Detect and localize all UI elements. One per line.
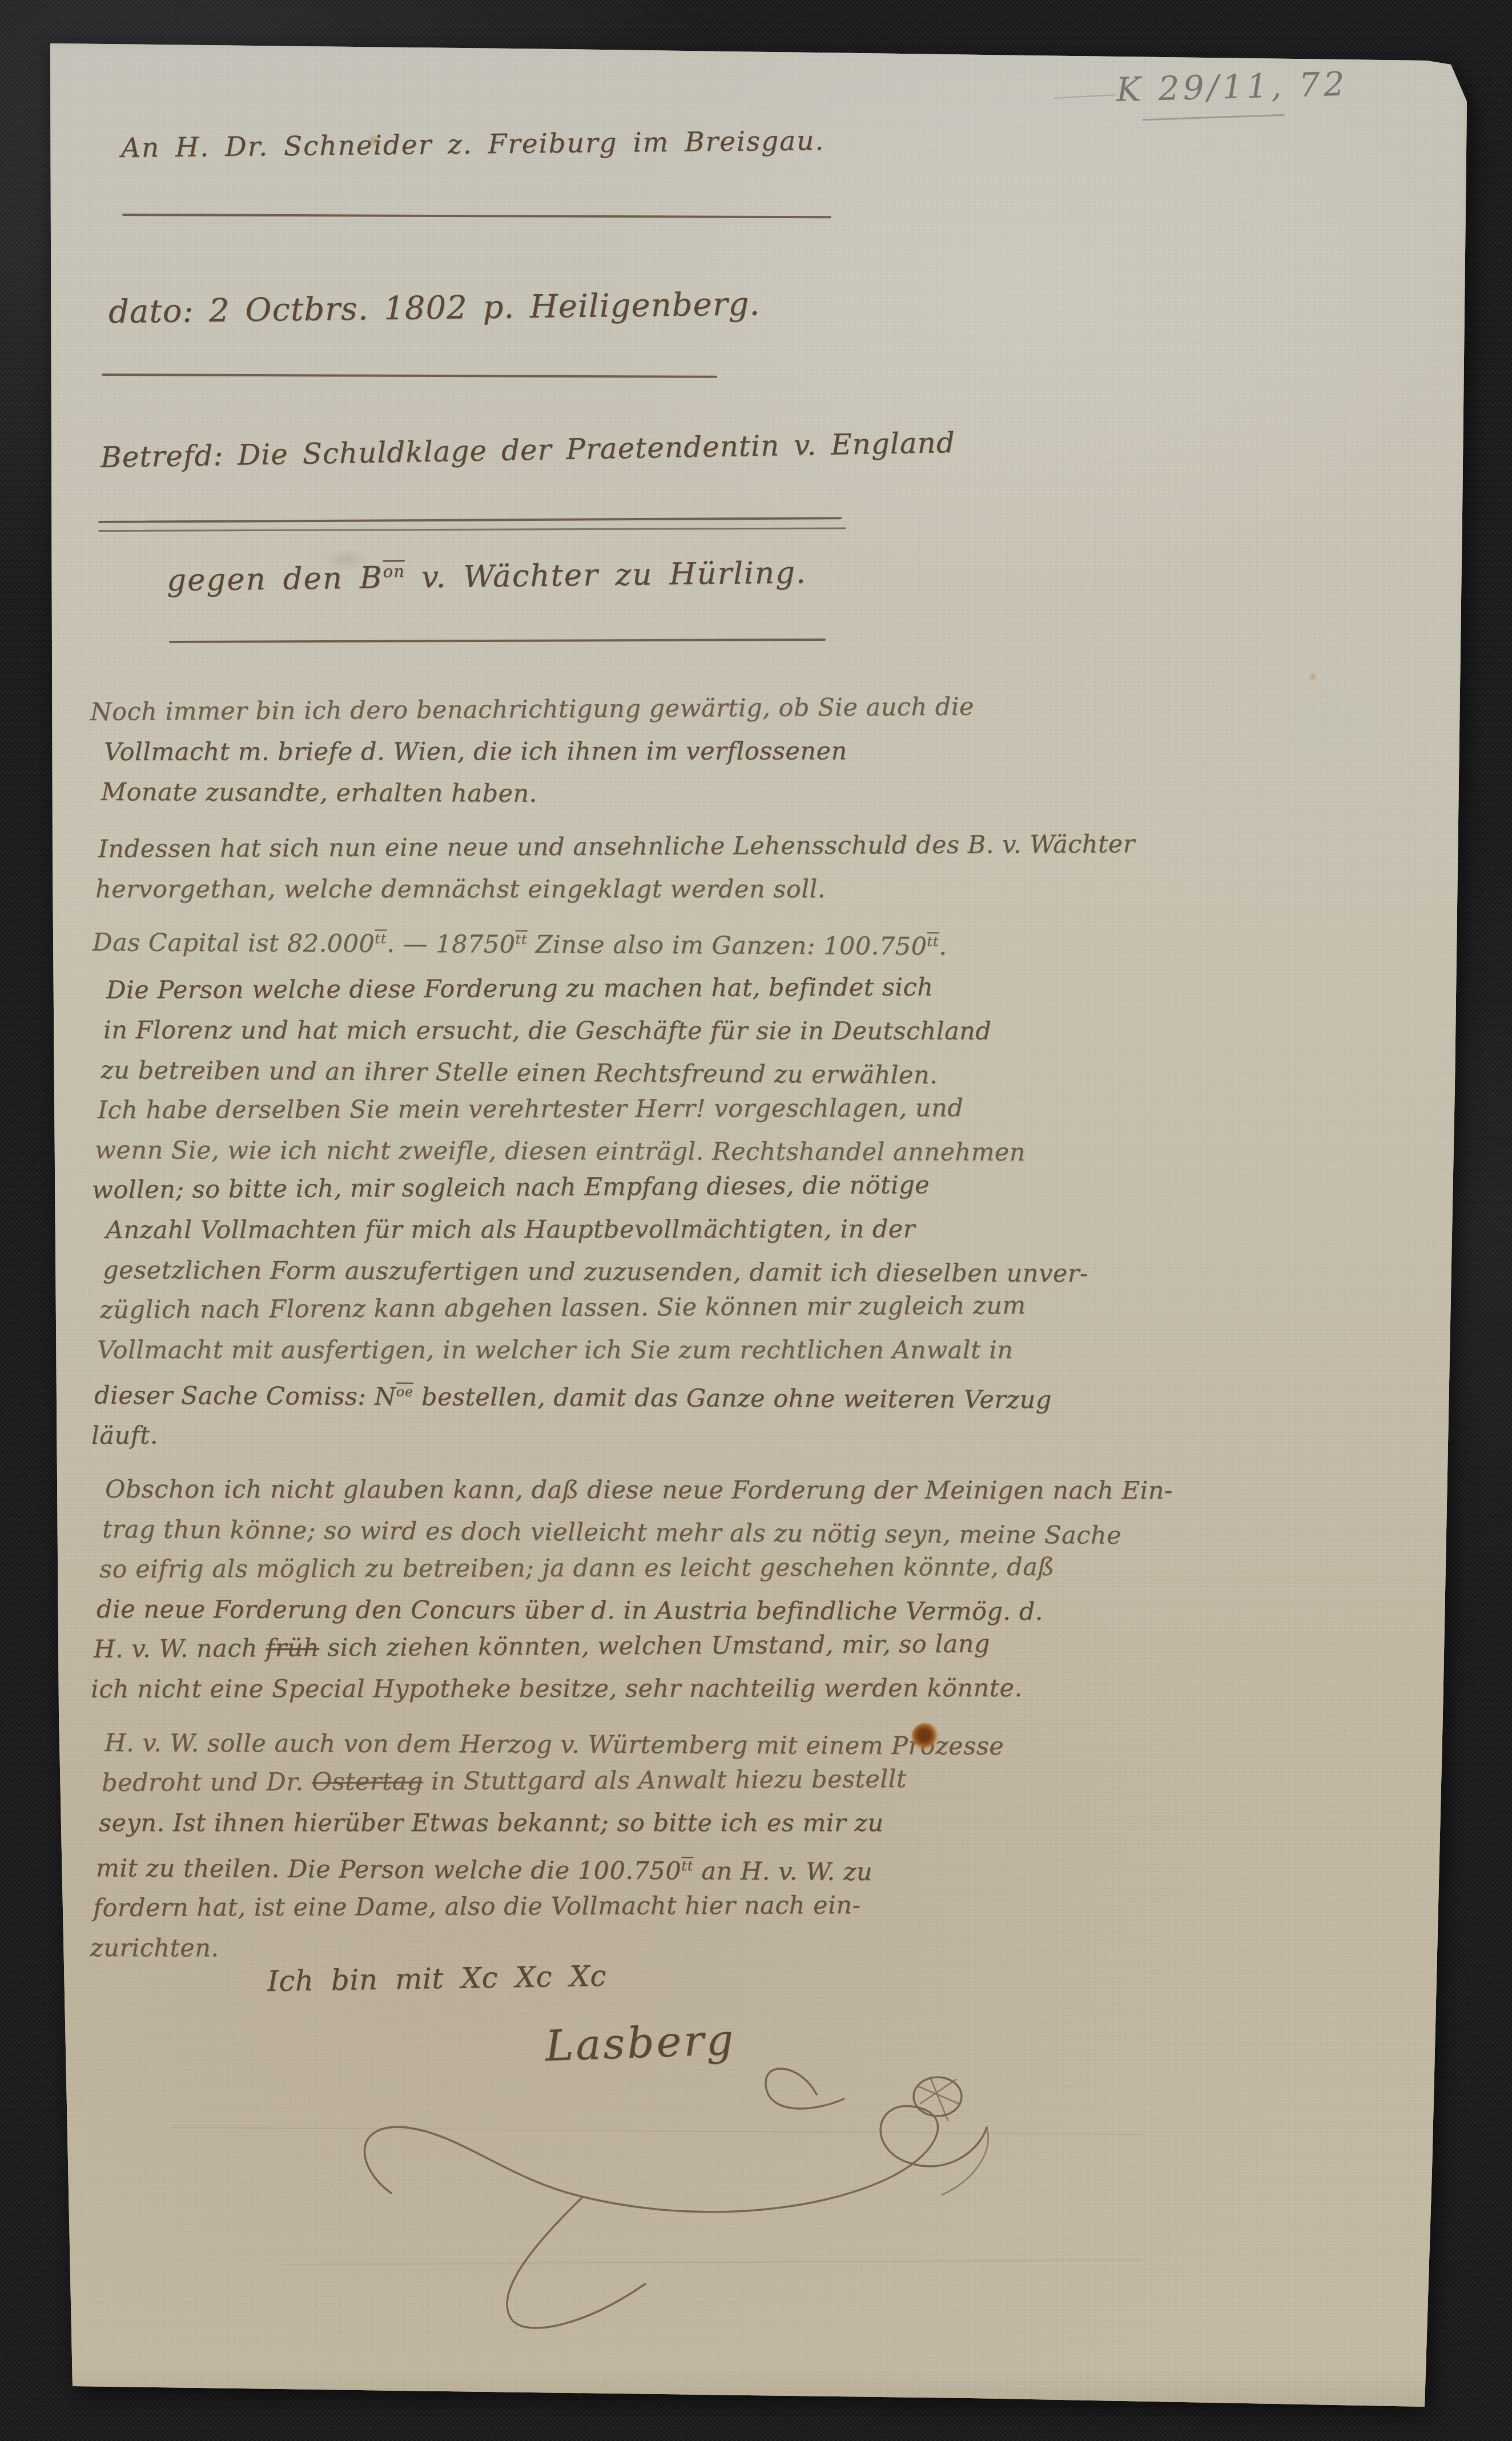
address-line: An H. Dr. Schneider z. Freiburg im Breis…: [121, 125, 825, 164]
letter-body: Noch immer bin ich dero benachrichtigung…: [97, 692, 931, 1968]
body-line: züglich nach Florenz kann abgehen lassen…: [100, 1286, 934, 1330]
body-line: hervorgethan, welche demnächst eingeklag…: [95, 869, 929, 909]
address-underline: [122, 214, 831, 218]
archive-mark: K 29/11, 72: [1116, 65, 1348, 110]
body-line: ich nicht eine Special Hypotheke besitze…: [91, 1668, 924, 1709]
body-line: Das Capital ist 82.000tt. — 18750tt Zins…: [93, 917, 926, 966]
body-line: so eifrig als möglich zu betreiben; ja d…: [99, 1547, 933, 1589]
subject2-underline: [169, 639, 826, 643]
body-line: läuft.: [91, 1412, 925, 1455]
date-line: dato: 2 Octbrs. 1802 p. Heiligenberg.: [108, 286, 761, 331]
body-line: dieser Sache Comiss: Noe bestellen, dami…: [94, 1370, 928, 1419]
body-line: wollen; so bitte ich, mir sogleich nach …: [92, 1165, 926, 1210]
body-line: Obschon ich nicht glauben kann, daß dies…: [105, 1470, 939, 1511]
subject-line-1: Betrefd: Die Schuldklage der Praetendent…: [100, 426, 955, 474]
body-line: fordern hat, ist eine Dame, also die Vol…: [93, 1885, 927, 1928]
photo-backdrop: K 29/11, 72 An H. Dr. Schneider z. Freib…: [0, 0, 1512, 2441]
paper-shadow: K 29/11, 72 An H. Dr. Schneider z. Freib…: [0, 0, 1512, 2441]
body-line: Die Person welche diese Forderung zu mac…: [106, 967, 940, 1010]
paper-crease: [171, 2127, 1142, 2135]
signature-flourish: [337, 2042, 1068, 2350]
subject-line-2: gegen den Bon v. Wächter zu Hürling.: [167, 555, 807, 598]
body-paragraph: Das Capital ist 82.000tt. — 18750tt Zins…: [97, 917, 931, 962]
paper-fleck: [1308, 673, 1318, 681]
body-line: Vollmacht mit ausfertigen, in welcher ic…: [97, 1330, 931, 1370]
body-line: bedroht und Dr. Ostertag in Stuttgard al…: [102, 1759, 935, 1803]
manuscript-page: K 29/11, 72 An H. Dr. Schneider z. Freib…: [0, 0, 1512, 2441]
body-paragraph: Die Person welche diese Forderung zu mac…: [97, 970, 931, 1455]
body-line: Ich habe derselben Sie mein verehrtester…: [98, 1089, 931, 1131]
body-line: Vollmacht m. briefe d. Wien, die ich ihn…: [104, 731, 938, 772]
body-paragraph: H. v. W. solle auch von dem Herzog v. Wü…: [97, 1723, 931, 1968]
body-line: H. v. W. nach früh sich ziehen könnten, …: [94, 1624, 927, 1669]
body-line: mit zu theilen. Die Person welche die 10…: [96, 1843, 930, 1892]
subject-underline-2: [98, 527, 846, 532]
body-line: Monate zusandte, erhalten haben.: [101, 772, 935, 815]
signature: Lasberg: [544, 2015, 736, 2071]
body-paragraph: Indessen hat sich nun eine neue und anse…: [97, 829, 931, 909]
pencil-stray-stroke: [1053, 94, 1116, 99]
body-paragraph: Noch immer bin ich dero benachrichtigung…: [97, 692, 931, 812]
body-line: Indessen hat sich nun eine neue und anse…: [98, 825, 932, 869]
body-line: Noch immer bin ich dero benachrichtigung…: [90, 687, 924, 732]
body-paragraph: Obschon ich nicht glauben kann, daß dies…: [97, 1470, 931, 1709]
subject-underline-1: [98, 517, 842, 523]
paper-crease: [285, 2259, 1142, 2265]
body-line: seyn. Ist ihnen hierüber Etwas bekannt; …: [99, 1803, 932, 1843]
date-underline: [102, 374, 717, 378]
closing-line: Ich bin mit Xc Xc Xc: [267, 1960, 607, 1998]
body-line: Anzahl Vollmachten für mich als Hauptbev…: [106, 1210, 939, 1251]
archive-mark-underline: [1142, 114, 1285, 121]
body-line: in Florenz und hat mich ersucht, die Ges…: [103, 1010, 937, 1051]
